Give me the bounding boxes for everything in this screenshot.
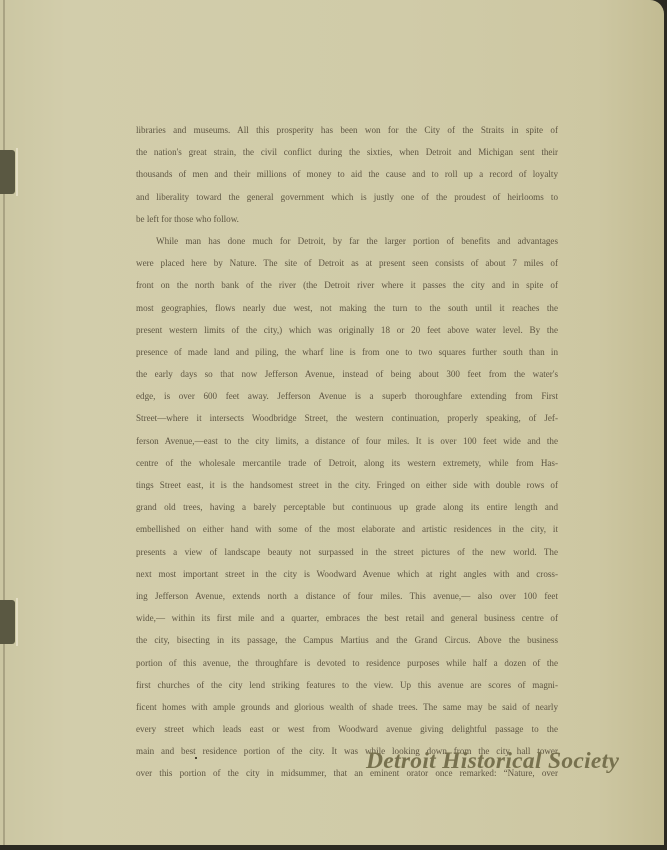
text-line: present western limits of the city,) whi… (136, 319, 558, 341)
text-line: most geographies, flows nearly due west,… (136, 297, 558, 319)
text-line: ing Jefferson Avenue, extends north a di… (136, 585, 558, 607)
text-line: ferson Avenue,—east to the city limits, … (136, 430, 558, 452)
text-line: edge, is over 600 feet away. Jefferson A… (136, 385, 558, 407)
text-line: first churches of the city lend striking… (136, 674, 558, 696)
text-line: centre of the wholesale mercantile trade… (136, 452, 558, 474)
text-line: libraries and museums. All this prosperi… (136, 119, 558, 141)
text-line: portion of this avenue, the throughfare … (136, 652, 558, 674)
text-line: presence of made land and piling, the wh… (136, 341, 558, 363)
page-spine-edge (3, 0, 5, 845)
text-line: every street which leads east or west fr… (136, 718, 558, 740)
document-page: libraries and museums. All this prosperi… (0, 0, 664, 845)
paragraph: libraries and museums. All this prosperi… (136, 119, 558, 230)
text-line: wide,— within its first mile and a quart… (136, 607, 558, 629)
document-body: libraries and museums. All this prosperi… (136, 119, 558, 785)
ink-speck (195, 757, 197, 759)
text-line: embellished on either hand with some of … (136, 518, 558, 540)
text-line: the early days so that now Jefferson Ave… (136, 363, 558, 385)
text-line: tings Street east, it is the handsomest … (136, 474, 558, 496)
text-line: next most important street in the city i… (136, 563, 558, 585)
paragraph: While man has done much for Detroit, by … (136, 230, 558, 785)
text-line: Street—where it intersects Woodbridge St… (136, 407, 558, 429)
text-line: the nation's great strain, the civil con… (136, 141, 558, 163)
text-line: front on the north bank of the river (th… (136, 274, 558, 296)
text-line: thousands of men and their millions of m… (136, 163, 558, 185)
text-line: While man has done much for Detroit, by … (136, 230, 558, 252)
text-line: grand old trees, having a barely percept… (136, 496, 558, 518)
text-line: were placed here by Nature. The site of … (136, 252, 558, 274)
text-line: ficent homes with ample grounds and glor… (136, 696, 558, 718)
text-line: be left for those who follow. (136, 208, 558, 230)
text-line: the city, bisecting in its passage, the … (136, 629, 558, 651)
binding-hole-icon (0, 600, 15, 644)
binding-hole-icon (0, 150, 15, 194)
watermark: Detroit Historical Society (366, 748, 619, 775)
text-line: presents a view of landscape beauty not … (136, 541, 558, 563)
text-line: and liberality toward the general govern… (136, 186, 558, 208)
